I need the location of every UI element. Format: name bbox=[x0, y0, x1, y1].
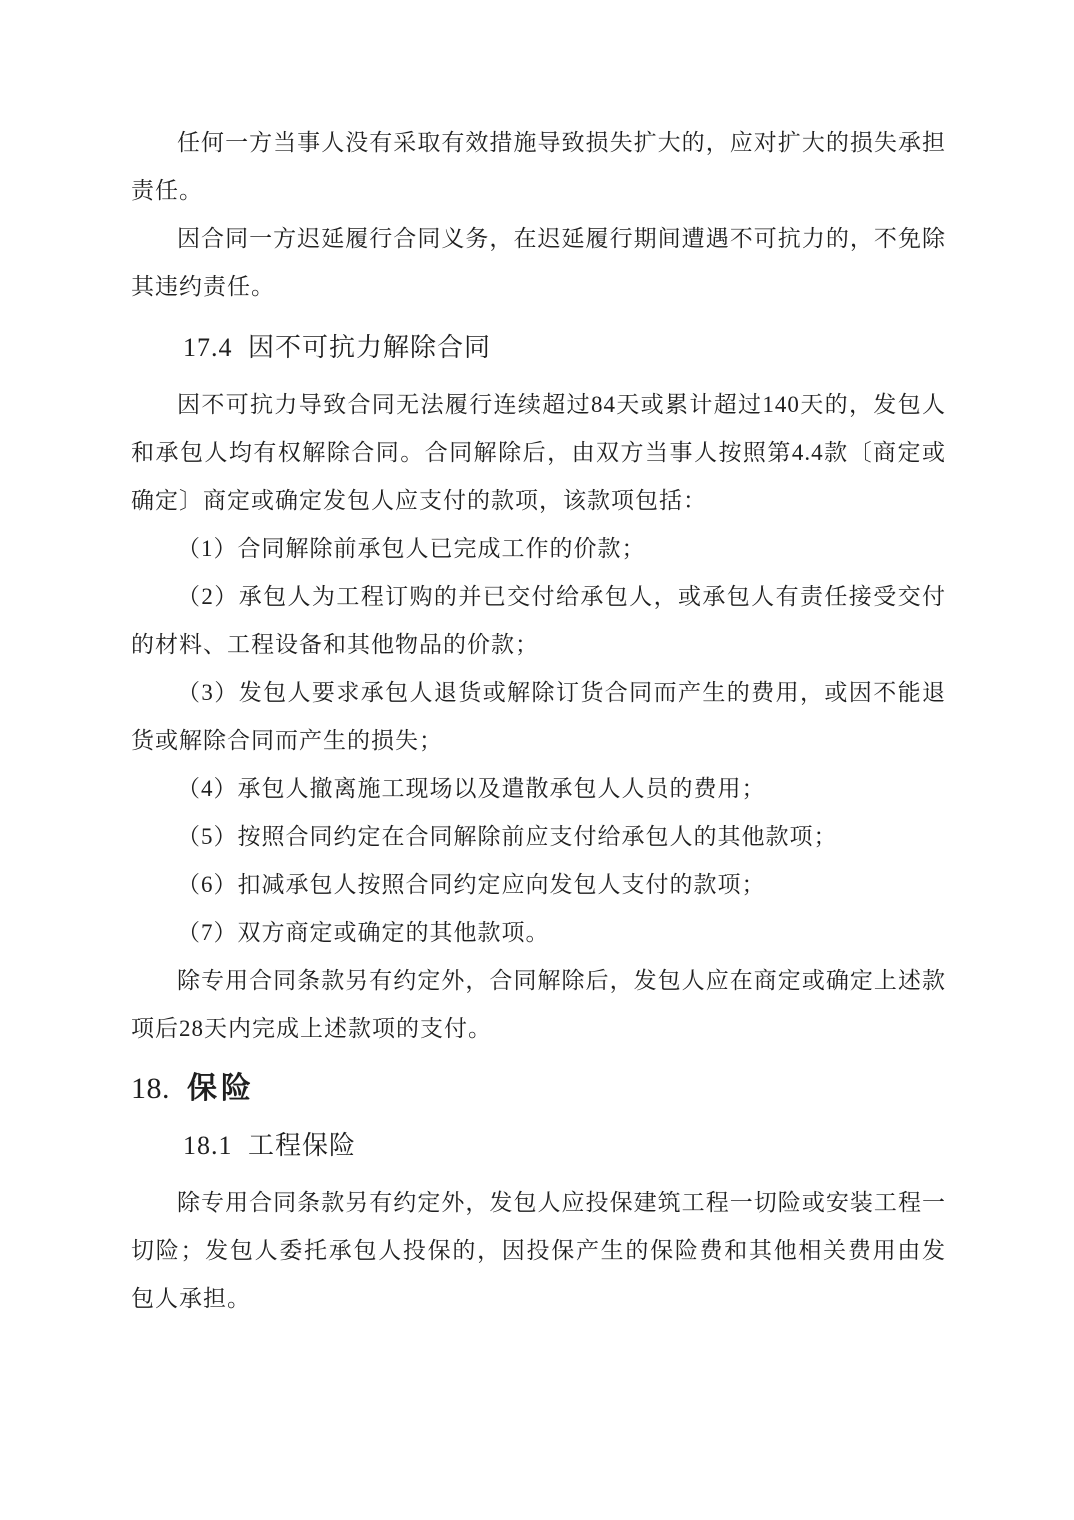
list-item-2: （2）承包人为工程订购的并已交付给承包人，或承包人有责任接受交付的材料、工程设备… bbox=[131, 573, 946, 669]
list-item-4: （4）承包人撤离施工现场以及遣散承包人人员的费用； bbox=[131, 765, 946, 813]
list-item-7: （7）双方商定或确定的其他款项。 bbox=[131, 909, 946, 957]
list-item-5: （5）按照合同约定在合同解除前应支付给承包人的其他款项； bbox=[131, 813, 946, 861]
list-item-6: （6）扣减承包人按照合同约定应向发包人支付的款项； bbox=[131, 861, 946, 909]
contract-document-page: 任何一方当事人没有采取有效措施导致损失扩大的，应对扩大的损失承担责任。 因合同一… bbox=[0, 0, 1074, 1520]
list-item-1: （1）合同解除前承包人已完成工作的价款； bbox=[131, 525, 946, 573]
paragraph-17-4-intro: 因不可抗力导致合同无法履行连续超过84天或累计超过140天的，发包人和承包人均有… bbox=[131, 381, 946, 525]
heading-18-1-works-insurance: 18.1 工程保险 bbox=[131, 1128, 946, 1164]
heading-18-insurance: 18. 保险 bbox=[131, 1069, 946, 1109]
heading-18-number: 18. bbox=[131, 1072, 170, 1105]
paragraph-delayed-performance: 因合同一方迟延履行合同义务，在迟延履行期间遭遇不可抗力的，不免除其违约责任。 bbox=[131, 215, 946, 311]
heading-17-4-termination-force-majeure: 17.4 因不可抗力解除合同 bbox=[131, 330, 946, 366]
list-item-3: （3）发包人要求承包人退货或解除订货合同而产生的费用，或因不能退货或解除合同而产… bbox=[131, 669, 946, 765]
paragraph-expanded-loss-liability: 任何一方当事人没有采取有效措施导致损失扩大的，应对扩大的损失承担责任。 bbox=[131, 119, 946, 215]
heading-18-title: 保险 bbox=[187, 1072, 255, 1105]
paragraph-17-4-closing: 除专用合同条款另有约定外，合同解除后，发包人应在商定或确定上述款项后28天内完成… bbox=[131, 957, 946, 1053]
paragraph-18-1-body: 除专用合同条款另有约定外，发包人应投保建筑工程一切险或安装工程一切险；发包人委托… bbox=[131, 1179, 946, 1323]
